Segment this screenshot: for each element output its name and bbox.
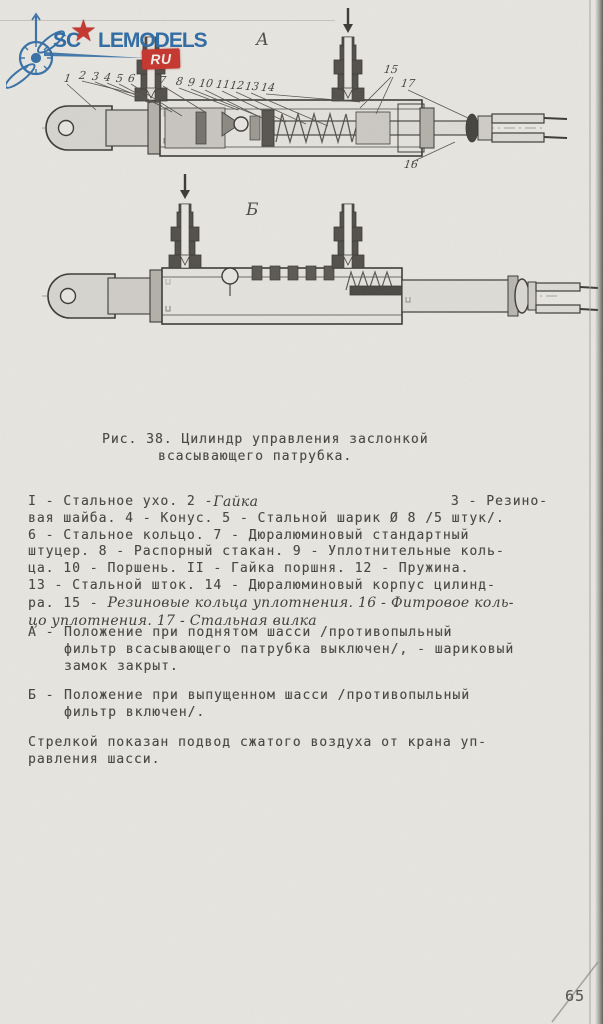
view-a-right-fitting	[332, 37, 364, 101]
arrow-note-line-1: Стрелкой показан подвод сжатого воздуха …	[28, 735, 487, 752]
view-b-drawing	[42, 174, 598, 324]
logo-swoosh	[6, 12, 226, 102]
legend-line-1-handwritten: Гайка	[213, 494, 258, 511]
logo-ru-badge: RU	[142, 48, 181, 69]
paragraph-a: А - Положение при поднятом шасси /против…	[28, 625, 514, 675]
caption-line-1: Рис. 38. Цилиндр управления заслонкой	[102, 432, 429, 449]
view-a-label: А	[256, 30, 269, 50]
air-supply-arrow-view-b	[180, 174, 190, 199]
legend-line-5: ца. 10 - Поршень. II - Гайка поршня. 12 …	[28, 561, 576, 578]
paragraph-a-text: Положение при поднятом шасси /противопыл…	[64, 625, 514, 675]
paragraph-a-line-3: замок закрыт.	[64, 659, 514, 676]
legend-line-2: вая шайба. 4 - Конус. 5 - Стальной шарик…	[28, 511, 576, 528]
scanned-manual-page: А Б 1 2 3 4 5 6 7 8 9 10 11 12 13 14 15 …	[0, 0, 603, 1024]
paragraph-b-line-1: Положение при выпущенном шасси /противоп…	[64, 688, 470, 705]
paragraph-a-line-2: фильтр всасывающего патрубка выключен/, …	[64, 642, 514, 659]
callout-16: 16	[403, 158, 419, 171]
arrow-note-line-2: равления шасси.	[28, 752, 487, 769]
figure-caption: Рис. 38. Цилиндр управления заслонкой вс…	[102, 432, 429, 466]
callout-14: 14	[260, 81, 276, 94]
callout-15: 15	[383, 63, 399, 76]
callout-13: 13	[244, 80, 260, 93]
page-number: 65	[565, 988, 585, 1005]
air-supply-arrow-view-a	[343, 8, 353, 33]
red-star-icon: ★	[70, 14, 97, 49]
legend-line-3: 6 - Стальное кольцо. 7 - Дюралюминовый с…	[28, 528, 576, 545]
scalemodels-watermark: SC ★ LEMODELS RU	[6, 12, 226, 102]
caption-line-2: всасывающего патрубка.	[158, 449, 429, 466]
legend-line-1-typed: I - Стальное ухо. 2 -	[28, 494, 213, 511]
paragraph-b-line-2: фильтр включен/.	[64, 705, 470, 722]
logo-ru-text: RU	[150, 51, 172, 68]
paragraph-a-label: А -	[28, 625, 64, 675]
legend-line-7: ра. 15 - Резиновые кольца уплотнения. 16…	[28, 595, 576, 613]
view-b-label: Б	[246, 200, 259, 220]
legend-line-4: штуцер. 8 - Распорный стакан. 9 - Уплотн…	[28, 544, 576, 561]
legend-line-1: I - Стальное ухо. 2 - Гайка 3 - Резино-	[28, 494, 576, 511]
view-b-left-fitting	[169, 204, 201, 268]
arrow-note: Стрелкой показан подвод сжатого воздуха …	[28, 735, 487, 769]
legend-line-7-typed: ра. 15 -	[28, 596, 107, 611]
parts-legend: I - Стальное ухо. 2 - Гайка 3 - Резино- …	[28, 494, 576, 630]
view-b-right-fitting	[332, 204, 364, 268]
legend-line-6: 13 - Стальной шток. 14 - Дюралюминовый к…	[28, 578, 576, 595]
callout-17: 17	[400, 77, 416, 90]
paragraph-b-text: Положение при выпущенном шасси /противоп…	[64, 688, 470, 722]
paragraph-b: Б - Положение при выпущенном шасси /прот…	[28, 688, 470, 722]
paragraph-a-line-1: Положение при поднятом шасси /противопыл…	[64, 625, 514, 642]
callout-12: 12	[229, 79, 245, 92]
legend-line-7-handwritten: Резиновые кольца уплотнения. 16 - Фитров…	[107, 595, 513, 611]
legend-line-1-end: 3 - Резино-	[451, 494, 548, 511]
paragraph-b-label: Б -	[28, 688, 64, 722]
